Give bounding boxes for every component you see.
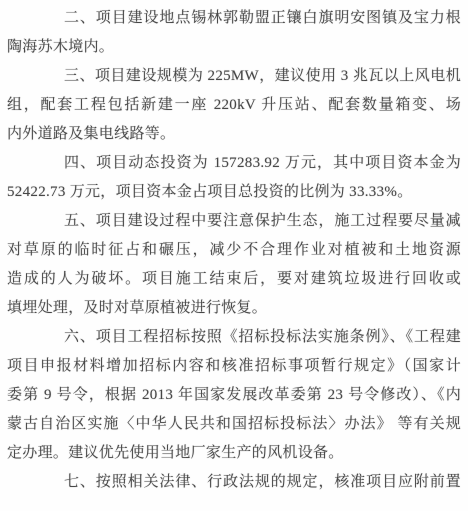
text-line: 二、项目建设地点锡林郭勒盟正镶白旗明安图镇及宝力根	[7, 4, 461, 33]
text-line: 四、项目动态投资为 157283.92 万元，其中项目资本金为	[7, 149, 461, 178]
text-line: 项目申报材料增加招标内容和核准招标事项暂行规定》（国家计	[7, 352, 461, 381]
text-line: 蒙古自治区实施〈中华人民共和国招标投标法〉办法》 等有关规	[7, 410, 461, 439]
text-line: 六、项目工程招标按照《招标投标法实施条例》、《工程建设	[7, 323, 461, 352]
text-line: 造成的人为破坏。项目施工结束后，要对建筑垃圾进行回收或	[7, 265, 461, 294]
text-line: 对草原的临时征占和碾压，减少不合理作业对植被和土地资源	[7, 236, 461, 265]
text-line: 组，配套工程包括新建一座 220kV 升压站、配套数量箱变、场	[7, 91, 461, 120]
text-line: 七、按照相关法律、行政法规的规定，核准项目应附前置条	[7, 468, 461, 497]
text-line: 内外道路及集电线路等。	[7, 120, 461, 149]
text-line: 52422.73 万元，项目资本金占项目总投资的比例为 33.33%。	[7, 178, 461, 207]
document-page: 二、项目建设地点锡林郭勒盟正镶白旗明安图镇及宝力根 陶海苏木境内。 三、项目建设…	[0, 0, 468, 511]
document-body: 二、项目建设地点锡林郭勒盟正镶白旗明安图镇及宝力根 陶海苏木境内。 三、项目建设…	[7, 4, 461, 497]
text-line: 三、项目建设规模为 225MW，建议使用 3 兆瓦以上风电机	[7, 62, 461, 91]
text-line: 委第 9 号令，根据 2013 年国家发展改革委第 23 号令修改）、《内	[7, 381, 461, 410]
text-line: 陶海苏木境内。	[7, 33, 461, 62]
text-line: 定办理。建议优先使用当地厂家生产的风机设备。	[7, 439, 461, 468]
text-line: 五、项目建设过程中要注意保护生态，施工过程要尽量减少	[7, 207, 461, 236]
text-line: 填埋处理，及时对草原植被进行恢复。	[7, 294, 461, 323]
